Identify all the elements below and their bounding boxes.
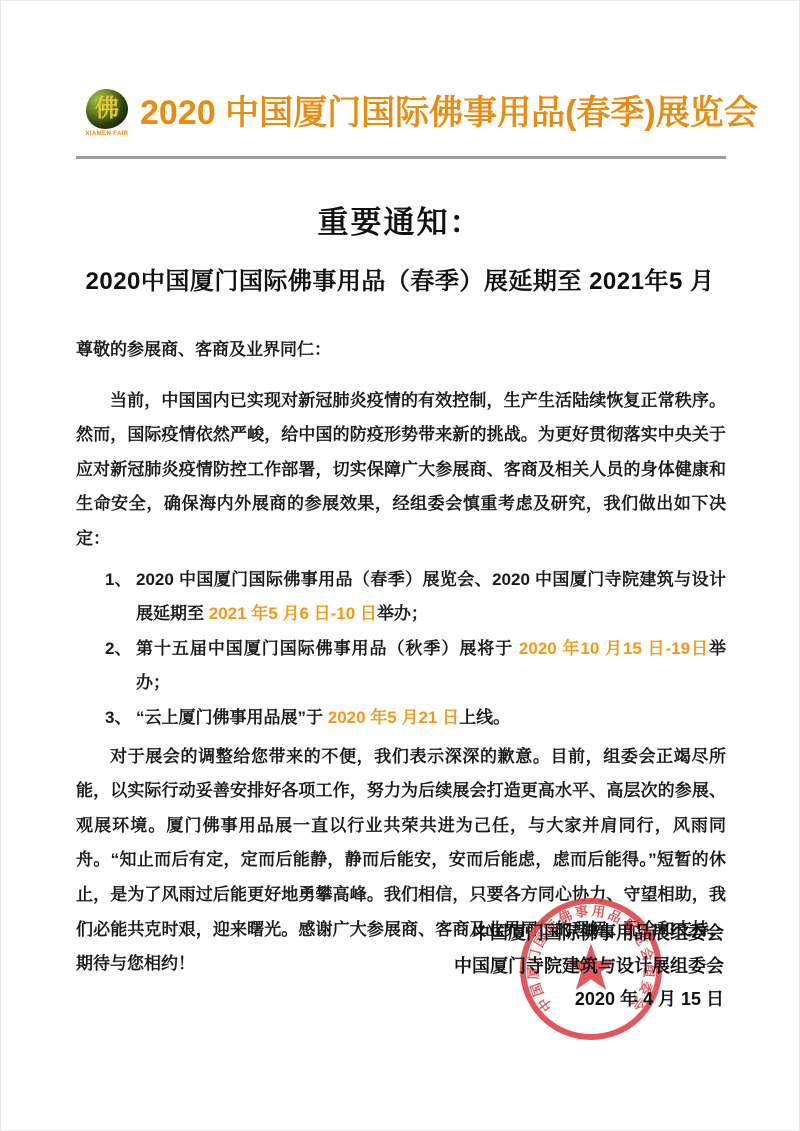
logo-caption: XIAMEN FAIR [84, 131, 130, 137]
decision-date-highlight: 2020 年5 月21 日 [328, 708, 459, 727]
decision-number: 3、 [105, 701, 131, 736]
header-divider [76, 156, 726, 159]
decision-text: 第十五届中国厦门国际佛事用品（秋季）展将于 [136, 639, 519, 658]
signature-date: 2020 年 4 月 15 日 [454, 983, 724, 1016]
decision-text-after: 上线。 [459, 708, 510, 727]
notice-document: 佛 XIAMEN FAIR 2020 中国厦门国际佛事用品(春季)展览会 重要通… [0, 0, 800, 1131]
signature-block: 中国厦门国际佛事用品展组委会 中国厦门寺院建筑与设计展组委会 2020 年 4 … [454, 917, 724, 1016]
decision-text-after: 举办； [377, 604, 428, 623]
notice-body: 尊敬的参展商、客商及业界同仁： 当前，中国国内已实现对新冠肺炎疫情的有效控制，生… [76, 333, 726, 982]
decision-text: “云上厦门佛事用品展”于 [136, 708, 328, 727]
logo-buddha-glyph: 佛 [95, 97, 119, 121]
signature-committee-2: 中国厦门寺院建筑与设计展组委会 [454, 950, 724, 983]
decision-date-highlight: 2020 年10 月15 日-19日 [519, 639, 709, 658]
decision-item-3: 3、“云上厦门佛事用品展”于 2020 年5 月21 日上线。 [76, 701, 726, 736]
xiamen-fair-logo: 佛 XIAMEN FAIR [84, 89, 130, 137]
decision-item-2: 2、第十五届中国厦门国际佛事用品（秋季）展将于 2020 年10 月15 日-1… [76, 632, 726, 701]
decision-number: 2、 [105, 632, 131, 667]
decision-number: 1、 [105, 563, 131, 598]
notice-subtitle: 2020中国厦门国际佛事用品（春季）展延期至 2021年5 月 [1, 261, 799, 296]
document-header: 佛 XIAMEN FAIR 2020 中国厦门国际佛事用品(春季)展览会 [84, 89, 729, 137]
decision-date-highlight: 2021 年5 月6 日-10 日 [209, 604, 377, 623]
logo-stone-icon: 佛 [86, 89, 128, 129]
signature-committee-1: 中国厦门国际佛事用品展组委会 [454, 917, 724, 950]
decision-item-1: 1、2020 中国厦门国际佛事用品（春季）展览会、2020 中国厦门寺院建筑与设… [76, 563, 726, 632]
notice-heading: 重要通知： [1, 197, 799, 242]
paragraph-intro: 当前，中国国内已实现对新冠肺炎疫情的有效控制，生产生活陆续恢复正常秩序。然而，国… [76, 384, 726, 557]
decision-list: 1、2020 中国厦门国际佛事用品（春季）展览会、2020 中国厦门寺院建筑与设… [76, 563, 726, 736]
salutation: 尊敬的参展商、客商及业界同仁： [76, 333, 726, 368]
fair-title: 2020 中国厦门国际佛事用品(春季)展览会 [140, 93, 758, 134]
